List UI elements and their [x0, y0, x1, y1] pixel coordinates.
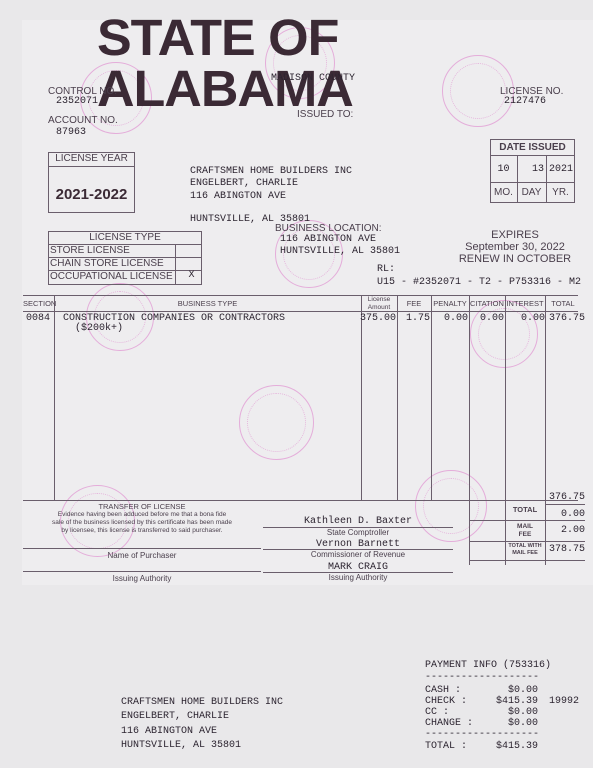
payment-divider: -------------------	[425, 672, 539, 683]
payment-change-label: CHANGE :	[425, 718, 473, 729]
comptroller-title: State Comptroller	[263, 528, 453, 537]
mailing-line: 116 ABINGTON AVE	[121, 726, 217, 737]
business-location-line: 116 ABINGTON AVE	[280, 234, 376, 245]
account-no: 87963	[56, 127, 86, 138]
business-location-line: HUNTSVILLE, AL 35801	[280, 246, 400, 257]
payment-cash-amount: $0.00	[480, 685, 538, 696]
row-license-amount: 375.00	[358, 313, 396, 324]
date-month: 10	[490, 164, 517, 175]
date-year: 2021	[549, 164, 573, 175]
payment-cash-label: CASH :	[425, 685, 461, 696]
county: MADISON COUNTY	[271, 73, 355, 84]
payment-check-ref: 19992	[549, 696, 579, 707]
row-total: 376.75	[545, 313, 585, 324]
purchaser-label: Name of Purchaser	[23, 551, 261, 560]
business-location-label: BUSINESS LOCATION:	[275, 223, 382, 234]
mailing-line: CRAFTSMEN HOME BUILDERS INC	[121, 697, 283, 708]
rl-label: RL:	[377, 264, 395, 275]
mail-fee-label: MAIL	[505, 523, 545, 530]
transfer-text: sale of the business licensed by this ce…	[23, 519, 261, 526]
payment-cc-label: CC :	[425, 707, 449, 718]
expires-date: September 30, 2022	[460, 241, 570, 253]
col-fee: FEE	[397, 299, 431, 308]
col-citation: CITATION	[469, 299, 505, 308]
mailing-line: HUNTSVILLE, AL 35801	[121, 740, 241, 751]
row-fee: 1.75	[397, 313, 430, 324]
transfer-text: Evidence having been adduced before me t…	[23, 511, 261, 518]
transfer-title: TRANSFER OF LICENSE	[23, 502, 261, 511]
col-total: TOTAL	[545, 299, 581, 308]
row-business-type-2: ($200k+)	[75, 323, 123, 334]
transfer-text: by licensee, this license is transferred…	[23, 527, 261, 534]
license-type-label: LICENSE TYPE	[48, 232, 202, 243]
issued-to-line: CRAFTSMEN HOME BUILDERS INC	[190, 166, 352, 177]
row-interest: 0.00	[505, 313, 545, 324]
payment-title: PAYMENT INFO (753316)	[425, 660, 551, 671]
issued-to-label: ISSUED TO:	[297, 109, 353, 120]
subtotal: 376.75	[545, 492, 585, 503]
payment-change-amount: $0.00	[480, 718, 538, 729]
payment-check-amount: $415.39	[480, 696, 538, 707]
comptroller-name: Kathleen D. Baxter	[263, 516, 453, 527]
month-label: MO.	[490, 187, 517, 198]
license-type-chain: CHAIN STORE LICENSE	[50, 258, 164, 269]
license-year-value: 2021-2022	[48, 186, 135, 203]
year-label: YR.	[546, 187, 575, 198]
date-issued-label: DATE ISSUED	[490, 142, 575, 153]
license-type-store: STORE LICENSE	[50, 245, 130, 256]
seal-icon	[239, 385, 314, 460]
row-citation: 0.00	[469, 313, 504, 324]
authority-title: Issuing Authority	[263, 573, 453, 582]
total-extra: 0.00	[545, 509, 585, 520]
total-with-mail: 378.75	[545, 544, 585, 555]
mail-fee-label-2: FEE	[505, 531, 545, 538]
issued-to-line: 116 ABINGTON AVE	[190, 191, 286, 202]
payment-cc-amount: $0.00	[480, 707, 538, 718]
control-no: 2352071	[56, 96, 98, 107]
license-no: 2127476	[504, 96, 546, 107]
col-license-amount: License	[361, 296, 397, 303]
payment-total-label: TOTAL :	[425, 741, 467, 752]
rl-code: U15 - #2352071 - T2 - P753316 - M2	[377, 277, 581, 288]
account-no-label: ACCOUNT NO.	[48, 115, 118, 126]
date-day: 13	[517, 164, 544, 175]
row-section: 0084	[26, 313, 50, 324]
transfer-issuing-label: Issuing Authority	[23, 574, 261, 583]
col-interest: INTEREST	[505, 299, 545, 308]
license-year-label: LICENSE YEAR	[48, 153, 135, 164]
day-label: DAY	[517, 187, 546, 198]
col-business-type: BUSINESS TYPE	[54, 299, 361, 308]
row-penalty: 0.00	[431, 313, 468, 324]
license-type-occupational: OCCUPATIONAL LICENSE	[50, 271, 173, 282]
issued-to-line: ENGELBERT, CHARLIE	[190, 178, 298, 189]
total-with-mail-label: TOTAL WITH	[505, 543, 545, 549]
renew-note: RENEW IN OCTOBER	[455, 253, 575, 265]
total-with-mail-label-2: MAIL FEE	[505, 550, 545, 556]
payment-total: $415.39	[480, 741, 538, 752]
expires-label: EXPIRES	[460, 229, 570, 241]
total-label: TOTAL	[505, 505, 545, 514]
commissioner-title: Commissioner of Revenue	[263, 550, 453, 559]
col-license-amount-2: Amount	[361, 304, 397, 311]
mail-fee: 2.00	[545, 525, 585, 536]
checkbox-mark: X	[178, 270, 205, 281]
col-penalty: PENALTY	[431, 299, 469, 308]
col-section: SECTION	[23, 299, 54, 308]
mailing-line: ENGELBERT, CHARLIE	[121, 711, 229, 722]
payment-divider: -------------------	[425, 729, 539, 740]
payment-check-label: CHECK :	[425, 696, 467, 707]
